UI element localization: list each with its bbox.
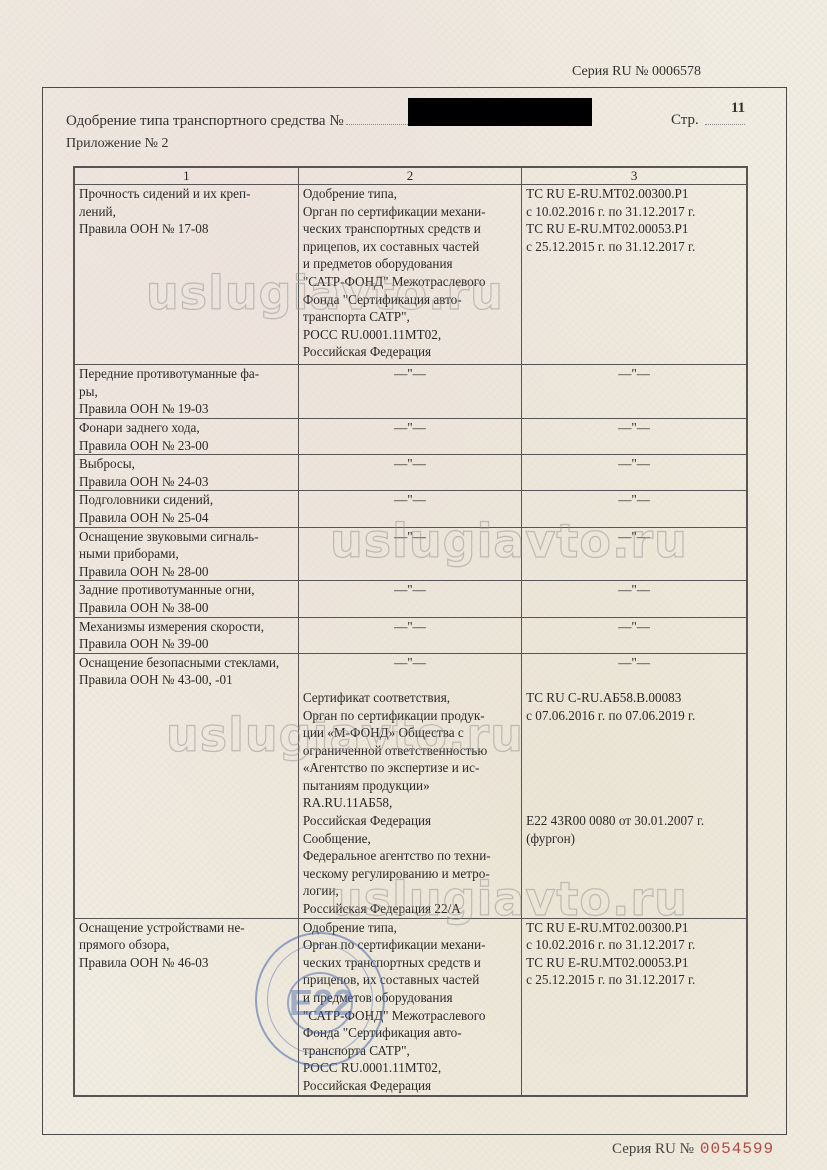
table-row: Оснащение безопасными стеклами, Правила …: [74, 653, 747, 918]
ditto-mark: —"—: [526, 419, 742, 437]
certificate-number: ТС RU С-RU.АБ58.В.00083 с 07.06.2016 г. …: [526, 689, 742, 812]
requirement-cell: Оснащение звуковыми сигналь- ными прибор…: [74, 527, 298, 581]
ditto-mark: —"—: [526, 581, 742, 599]
series-number-top: Серия RU № 0006578: [572, 64, 701, 80]
certificate-document: Сертификат соответствия, Орган по сертиф…: [303, 689, 517, 830]
table-header-row: 1 2 3: [74, 167, 747, 185]
appendix-title: Приложение № 2: [66, 136, 169, 152]
table-row: Прочность сидений и их креп- лений, Прав…: [74, 185, 747, 365]
requirements-table: 1 2 3 Прочность сидений и их креп- лений…: [73, 166, 748, 1097]
requirement-cell: Передние противотуманные фа- ры, Правила…: [74, 365, 298, 419]
ditto-mark: —"—: [303, 491, 517, 509]
column-header-1: 1: [74, 167, 298, 185]
ditto-mark: —"—: [526, 365, 742, 383]
ditto-mark: —"—: [303, 581, 517, 599]
page-number-line: [705, 124, 745, 125]
ditto-mark: —"—: [303, 528, 517, 546]
number-cell: ТС RU E-RU.МТ02.00300.Р1 с 10.02.2016 г.…: [522, 918, 747, 1095]
document-cell: Одобрение типа, Орган по сертификации ме…: [298, 185, 521, 365]
ditto-mark: —"—: [526, 528, 742, 546]
ditto-mark: —"—: [526, 455, 742, 473]
requirement-cell: Механизмы измерения скорости, Правила ОО…: [74, 617, 298, 653]
table-row: Фонари заднего хода, Правила ООН № 23-00…: [74, 419, 747, 455]
ditto-mark: —"—: [303, 365, 517, 383]
requirement-cell: Подголовники сидений, Правила ООН № 25-0…: [74, 491, 298, 527]
page-label: Стр.: [671, 112, 699, 129]
table-row: Задние противотуманные огни, Правила ООН…: [74, 581, 747, 617]
table-row: Оснащение звуковыми сигналь- ными прибор…: [74, 527, 747, 581]
series-number-bottom: Серия RU №0054599: [612, 1140, 774, 1158]
ditto-mark: —"—: [303, 455, 517, 473]
number-cell: ТС RU E-RU.МТ02.00300.Р1 с 10.02.2016 г.…: [522, 185, 747, 365]
ditto-mark: —"—: [303, 654, 517, 672]
series-serial-number: 0054599: [700, 1140, 774, 1158]
table-row: Подголовники сидений, Правила ООН № 25-0…: [74, 491, 747, 527]
document-cell: Одобрение типа, Орган по сертификации ме…: [298, 918, 521, 1095]
requirement-cell: Фонари заднего хода, Правила ООН № 23-00: [74, 419, 298, 455]
ditto-mark: —"—: [303, 618, 517, 636]
requirement-cell: Выбросы, Правила ООН № 24-03: [74, 455, 298, 491]
table-row: Механизмы измерения скорости, Правила ОО…: [74, 617, 747, 653]
requirement-cell: Оснащение безопасными стеклами, Правила …: [74, 653, 298, 918]
ditto-mark: —"—: [526, 491, 742, 509]
ditto-mark: —"—: [303, 419, 517, 437]
series-label: Серия RU №: [612, 1141, 694, 1157]
ditto-mark: —"—: [526, 654, 742, 672]
column-header-2: 2: [298, 167, 521, 185]
approval-label: Одобрение типа транспортного средства №: [66, 113, 344, 130]
requirement-cell: Задние противотуманные огни, Правила ООН…: [74, 581, 298, 617]
page-number: 11: [731, 100, 745, 117]
communication-document: Сообщение, Федеральное агентство по техн…: [303, 830, 517, 918]
redacted-approval-number: [408, 98, 592, 126]
table-row: Передние противотуманные фа- ры, Правила…: [74, 365, 747, 419]
table-row: Оснащение устройствами не- прямого обзор…: [74, 918, 747, 1095]
ditto-mark: —"—: [526, 618, 742, 636]
requirement-cell: Оснащение устройствами не- прямого обзор…: [74, 918, 298, 1095]
column-header-3: 3: [522, 167, 747, 185]
table-row: Выбросы, Правила ООН № 24-03 —"— —"—: [74, 455, 747, 491]
communication-number: E22 43R00 0080 от 30.01.2007 г. (фургон): [526, 812, 742, 847]
requirement-cell: Прочность сидений и их креп- лений, Прав…: [74, 185, 298, 365]
